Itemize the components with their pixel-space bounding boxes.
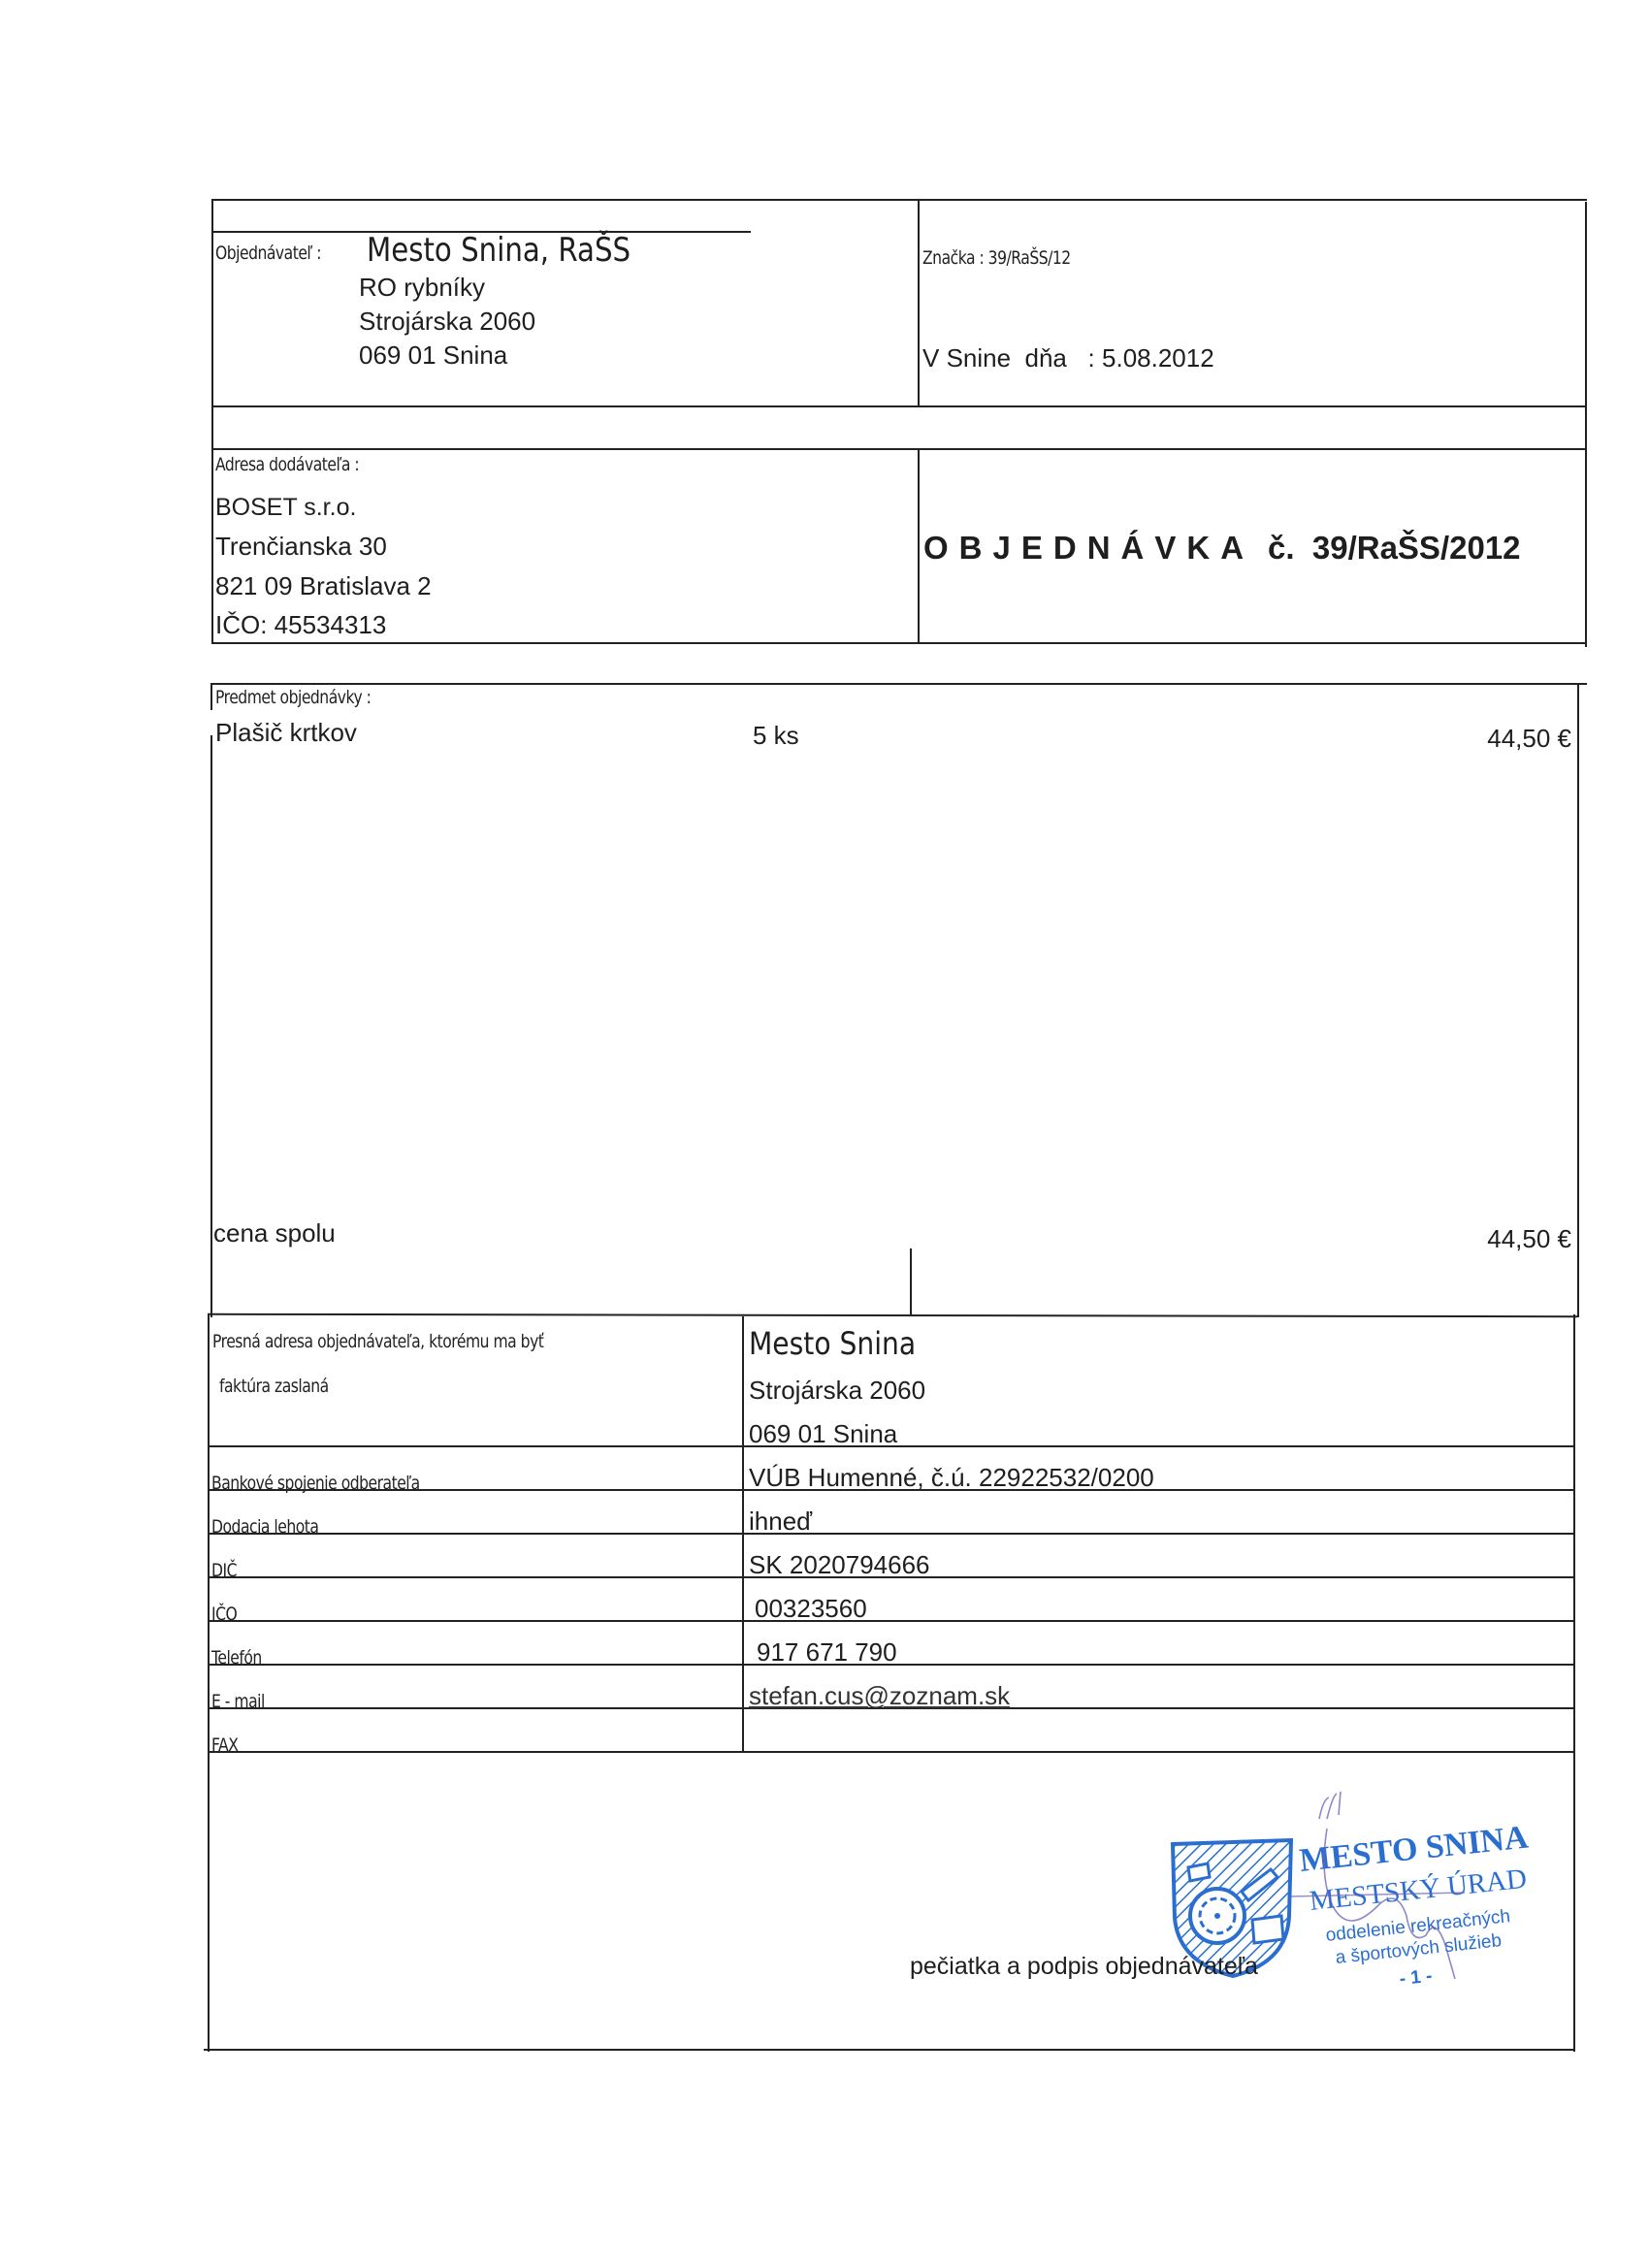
supplier-city: 821 09 Bratislava 2 (215, 571, 432, 601)
order-title: OBJEDNÁVKA (923, 530, 1254, 567)
supplier-ico: IČO: 45534313 (215, 610, 386, 640)
ico-value: 00323560 (755, 1594, 867, 1624)
orderer-line2: Strojárska 2060 (359, 307, 535, 337)
border-left (211, 448, 213, 644)
email-link[interactable]: stefan.cus@zoznam.sk (749, 1681, 1010, 1711)
invoice-address-city: 069 01 Snina (749, 1419, 897, 1449)
reference-label: Značka : 39/RaŠS/12 (922, 247, 1071, 269)
border-bottom (211, 642, 1587, 644)
invoice-address-label: Presná adresa objednávateľa, ktorému ma … (212, 1331, 543, 1352)
border-left (211, 199, 213, 407)
invoice-address-street: Strojárska 2060 (749, 1376, 925, 1406)
orderer-line3: 069 01 Snina (359, 340, 507, 371)
bank-value: VÚB Humenné, č.ú. 22922532/0200 (749, 1463, 1154, 1493)
dic-value: SK 2020794666 (749, 1550, 930, 1580)
total-value: 44,50 € (1487, 1224, 1571, 1254)
border-top (211, 683, 1587, 685)
orderer-name: Mesto Snina, RaŠS (367, 231, 630, 270)
signature-scribble-icon (1290, 1790, 1503, 1984)
border-divider (918, 199, 920, 407)
invoice-address-name: Mesto Snina (749, 1325, 916, 1362)
item-name: Plašič krtkov (215, 718, 357, 748)
divider-stub (910, 1248, 912, 1314)
row-divider (208, 1533, 1573, 1535)
supplier-label: Adresa dodávateľa : (215, 454, 359, 475)
item-price: 44,50 € (1487, 724, 1571, 754)
item-quantity: 5 ks (753, 721, 799, 751)
orderer-line1: RO rybníky (359, 273, 485, 303)
border-divider (918, 448, 920, 644)
dic-label: DIČ (211, 1560, 237, 1581)
bank-label: Bankové spojenie odberateľa (211, 1473, 420, 1494)
delivery-label: Dodacia lehota (211, 1516, 318, 1538)
row-divider (208, 1751, 1573, 1753)
total-label: cena spolu (213, 1218, 336, 1248)
ico-label: IČO (211, 1604, 237, 1625)
row-divider (208, 1620, 1573, 1622)
border-left (208, 1314, 210, 2052)
delivery-value: ihneď (749, 1507, 812, 1537)
border-bottom (211, 405, 1587, 407)
border-right (1585, 448, 1587, 647)
border-left (210, 735, 212, 1317)
column-divider (742, 1316, 744, 1753)
border-left (211, 407, 213, 452)
phone-value: 917 671 790 (757, 1637, 897, 1668)
border-bottom (204, 2049, 1575, 2051)
signature-caption: pečiatka a podpis objednávateľa (910, 1953, 1258, 1981)
supplier-name: BOSET s.r.o. (215, 494, 356, 522)
invoice-address-label-2: faktúra zaslaná (219, 1376, 329, 1397)
border-right (1577, 685, 1579, 1317)
border-top (211, 199, 1587, 201)
order-date: V Snine dňa : 5.08.2012 (922, 343, 1214, 373)
supplier-street: Trenčianska 30 (215, 532, 387, 562)
fax-label: FAX (211, 1734, 238, 1756)
border-right (1573, 1314, 1575, 2052)
orderer-label: Objednávateľ : (215, 243, 321, 264)
border-left-stub (210, 683, 212, 710)
border-right (1585, 202, 1587, 407)
border-top (208, 1313, 1577, 1317)
order-number: č. 39/RaŠS/2012 (1268, 530, 1521, 567)
phone-label: Telefón (211, 1647, 262, 1669)
border-right (1585, 407, 1587, 452)
items-label: Predmet objednávky : (215, 687, 371, 708)
border-top (211, 448, 1587, 450)
email-label: E - mail (211, 1691, 265, 1712)
